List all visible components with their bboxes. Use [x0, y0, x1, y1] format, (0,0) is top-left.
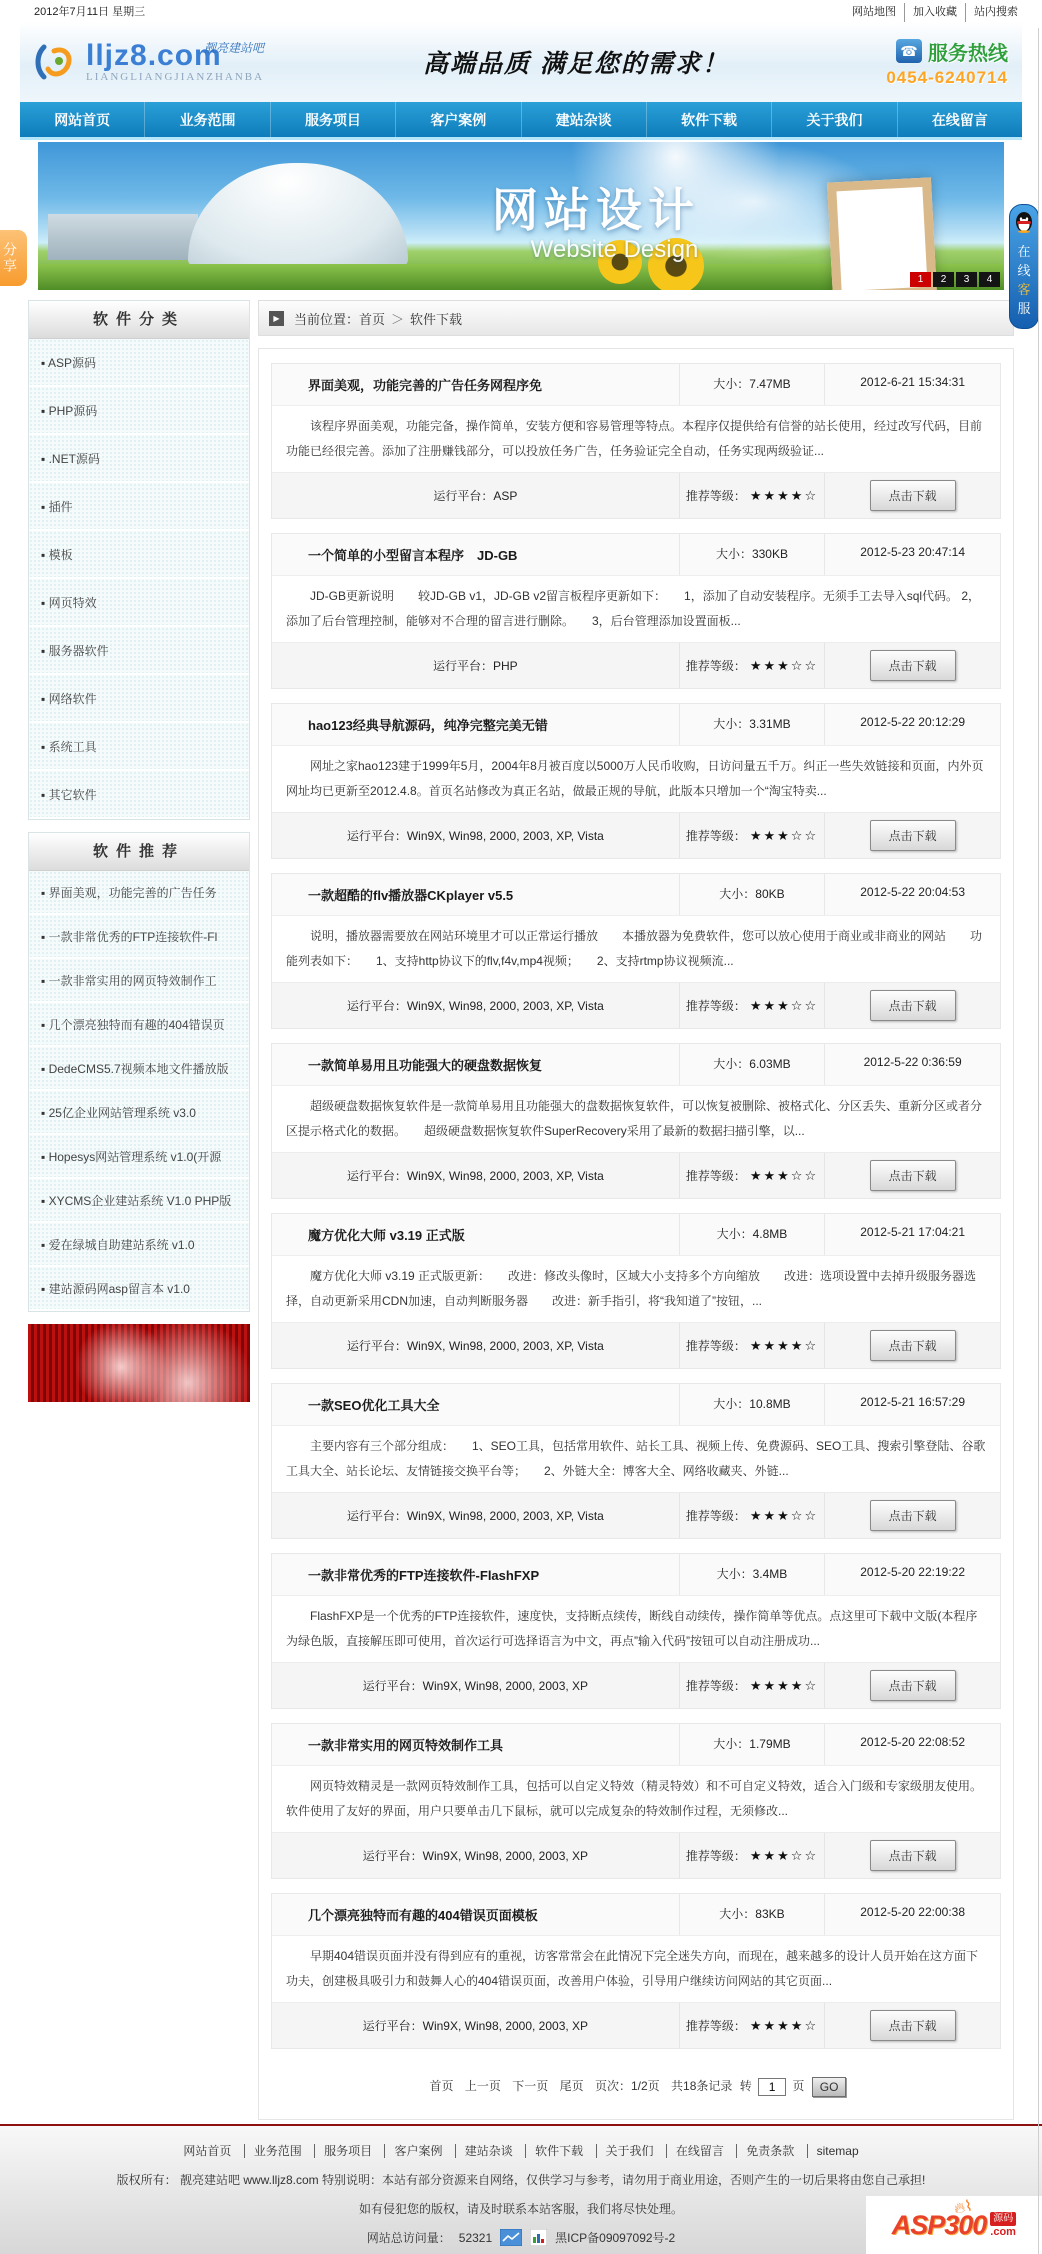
- sidebar-category-item[interactable]: 网页特效: [29, 579, 249, 627]
- software-size: 大小：3.4MB: [680, 1554, 826, 1595]
- platform-value: Win9X, Win98, 2000, 2003, XP, Vista: [407, 1169, 604, 1183]
- content-column: ▶ 当前位置： 首页 ＞ 软件下载 界面美观，功能完善的广告任务网程序免 大小：…: [258, 300, 1014, 2120]
- software-date: 2012-5-22 20:04:53: [825, 874, 1000, 915]
- pagination-total: 共18条记录: [671, 2079, 732, 2093]
- topbar-link[interactable]: 加入收藏: [904, 3, 965, 22]
- nav-item[interactable]: 网站首页: [20, 102, 145, 137]
- size-label: 大小：: [717, 1227, 753, 1241]
- software-date: 2012-5-22 0:36:59: [825, 1044, 1000, 1085]
- visits-label: 网站总访问量：: [367, 2229, 451, 2246]
- size-label: 大小：: [713, 377, 749, 391]
- hero-banner: 网站设计 Website Design 1 2 3 4: [38, 142, 1004, 290]
- software-platform: 运行平台：Win9X, Win98, 2000, 2003, XP, Vista: [272, 983, 680, 1028]
- banner-buildings: [48, 214, 198, 260]
- visits-count: 52321: [459, 2231, 492, 2245]
- download-button[interactable]: 点击下载: [870, 650, 956, 681]
- platform-value: Win9X, Win98, 2000, 2003, XP, Vista: [407, 999, 604, 1013]
- rating-stars: ★★★★☆: [750, 1678, 818, 1694]
- software-rating: 推荐等级：★★★☆☆: [680, 1833, 826, 1878]
- download-button[interactable]: 点击下载: [870, 2010, 956, 2041]
- software-platform: 运行平台：Win9X, Win98, 2000, 2003, XP, Vista: [272, 1323, 680, 1368]
- software-platform: 运行平台：Win9X, Win98, 2000, 2003, XP, Vista: [272, 1153, 680, 1198]
- software-title[interactable]: 几个漂亮独特而有趣的404错误页面模板: [272, 1894, 680, 1935]
- software-list: 界面美观，功能完善的广告任务网程序免 大小：7.47MB 2012-6-21 1…: [258, 348, 1014, 2120]
- size-value: 10.8MB: [749, 1397, 790, 1411]
- breadcrumb-home-link[interactable]: 首页: [359, 309, 385, 328]
- size-value: 80KB: [755, 887, 784, 901]
- rating-label: 推荐等级：: [686, 657, 746, 674]
- footer-link[interactable]: 网站首页: [174, 2144, 240, 2158]
- sidebar-ad-banner[interactable]: [28, 1324, 250, 1402]
- nav-item[interactable]: 关于我们: [772, 102, 897, 137]
- qq-penguin-icon: [1014, 211, 1034, 233]
- pagination-first[interactable]: 首页: [430, 2079, 454, 2093]
- topbar-link[interactable]: 网站地图: [844, 3, 904, 22]
- software-title[interactable]: 一个简单的小型留言本程序 JD-GB: [272, 534, 680, 575]
- software-platform: 运行平台：Win9X, Win98, 2000, 2003, XP, Vista: [272, 813, 680, 858]
- platform-value: ASP: [493, 489, 517, 503]
- platform-label: 运行平台：: [363, 1677, 423, 1694]
- size-value: 3.31MB: [749, 717, 790, 731]
- platform-label: 运行平台：: [347, 997, 407, 1014]
- recommend-box-title: 软件推荐: [29, 833, 249, 871]
- pagination-go-button[interactable]: GO: [812, 2077, 847, 2097]
- footer-links: 网站首页 业务范围 服务项目 客户案例 建站杂谈 软件下载 关于我们 在线留言 …: [0, 2142, 1042, 2159]
- software-platform: 运行平台：Win9X, Win98, 2000, 2003, XP: [272, 2003, 680, 2048]
- page-right-edge: [1038, 28, 1039, 2254]
- sidebar-category-item[interactable]: 其它软件: [29, 771, 249, 819]
- size-label: 大小：: [717, 1567, 753, 1581]
- software-description: 早期404错误页面并没有得到应有的重视，访客常常会在此情况下完全迷失方向，而现在…: [272, 1936, 1000, 2002]
- software-rating: 推荐等级：★★★☆☆: [680, 643, 826, 688]
- software-recommend-box: 软件推荐 界面美观，功能完善的广告任务 一款非常优秀的FTP连接软件-Fl 一款…: [28, 832, 250, 1312]
- software-description: JD-GB更新说明 较JD-GB v1，JD-GB v2留言板程序更新如下： 1…: [272, 576, 1000, 642]
- sidebar-category-item[interactable]: 模板: [29, 531, 249, 579]
- asp300-logo-com: .com: [990, 2226, 1016, 2238]
- platform-value: Win9X, Win98, 2000, 2003, XP, Vista: [407, 1339, 604, 1353]
- download-button[interactable]: 点击下载: [870, 990, 956, 1021]
- software-title[interactable]: 一款非常实用的网页特效制作工具: [272, 1724, 680, 1765]
- rating-label: 推荐等级：: [686, 1167, 746, 1184]
- software-title[interactable]: 一款超酷的flv播放器CKplayer v5.5: [272, 874, 680, 915]
- software-title[interactable]: 界面美观，功能完善的广告任务网程序免: [272, 364, 680, 405]
- rating-label: 推荐等级：: [686, 1337, 746, 1354]
- rating-stars: ★★★★☆: [750, 488, 818, 504]
- sidebar-category-item[interactable]: ASP源码: [29, 339, 249, 387]
- software-size: 大小：330KB: [680, 534, 826, 575]
- logo-tagline: 靓亮建站吧: [204, 39, 264, 56]
- software-rating: 推荐等级：★★★★☆: [680, 1663, 826, 1708]
- pagination-next[interactable]: 下一页: [512, 2079, 548, 2093]
- banner-page-dot[interactable]: 4: [979, 272, 1000, 287]
- software-rating: 推荐等级：★★★★☆: [680, 473, 826, 518]
- topbar: 2012年7月11日 星期三 网站地图 加入收藏 站内搜索: [0, 0, 1042, 22]
- stats-chart-icon[interactable]: [500, 2229, 522, 2246]
- pagination-goto-input[interactable]: [758, 2078, 786, 2096]
- software-platform: 运行平台：ASP: [272, 473, 680, 518]
- icp-number[interactable]: 黑ICP备09097092号-2: [555, 2229, 675, 2246]
- software-title[interactable]: hao123经典导航源码，纯净完整完美无错: [272, 704, 680, 745]
- platform-label: 运行平台：: [347, 1337, 407, 1354]
- platform-label: 运行平台：: [347, 827, 407, 844]
- sidebar-category-item[interactable]: 服务器软件: [29, 627, 249, 675]
- banner-page-dot[interactable]: 1: [910, 272, 931, 287]
- rating-label: 推荐等级：: [686, 1507, 746, 1524]
- pagination-page-unit: 页: [792, 2079, 804, 2093]
- size-label: 大小：: [719, 1907, 755, 1921]
- online-service-label: 在线客服: [1010, 242, 1038, 318]
- banner-page-dot[interactable]: 2: [933, 272, 954, 287]
- size-value: 7.47MB: [749, 377, 790, 391]
- footer-link[interactable]: 业务范围: [244, 2144, 311, 2158]
- software-item: 几个漂亮独特而有趣的404错误页面模板 大小：83KB 2012-5-20 22…: [271, 1893, 1001, 2049]
- online-service-tab[interactable]: 在线客服: [1009, 204, 1039, 329]
- topbar-link[interactable]: 站内搜索: [965, 3, 1026, 22]
- sidebar-recommend-item[interactable]: 建站源码网asp留言本 v1.0: [29, 1267, 249, 1311]
- category-box-title: 软件分类: [29, 301, 249, 339]
- rating-label: 推荐等级：: [686, 1847, 746, 1864]
- topbar-links: 网站地图 加入收藏 站内搜索: [844, 3, 1026, 22]
- size-value: 330KB: [752, 547, 788, 561]
- sidebar-category-item[interactable]: 插件: [29, 483, 249, 531]
- software-item: 一款简单易用且功能强大的硬盘数据恢复 大小：6.03MB 2012-5-22 0…: [271, 1043, 1001, 1199]
- hotline-label: 服务热线: [928, 37, 1008, 66]
- software-date: 2012-5-21 16:57:29: [825, 1384, 1000, 1425]
- sidebar-category-item[interactable]: 系统工具: [29, 723, 249, 771]
- software-description: FlashFXP是一个优秀的FTP连接软件，速度快，支持断点续传，断线自动续传，…: [272, 1596, 1000, 1662]
- rating-stars: ★★★★☆: [750, 2018, 818, 2034]
- platform-label: 运行平台：: [363, 2017, 423, 2034]
- software-title[interactable]: 一款非常优秀的FTP连接软件-FlashFXP: [272, 1554, 680, 1595]
- software-rating: 推荐等级：★★★☆☆: [680, 1493, 826, 1538]
- banner-title: 网站设计: [492, 174, 700, 240]
- platform-label: 运行平台：: [347, 1167, 407, 1184]
- footer-link[interactable]: sitemap: [807, 2144, 868, 2158]
- sidebar-recommend-item[interactable]: Hopesys网站管理系统 v1.0(开源: [29, 1135, 249, 1179]
- platform-value: PHP: [493, 659, 518, 673]
- software-rating: 推荐等级：★★★☆☆: [680, 983, 826, 1028]
- breadcrumb-arrow-icon: ▶: [269, 311, 284, 326]
- nav-item[interactable]: 软件下载: [647, 102, 772, 137]
- platform-label: 运行平台：: [347, 1507, 407, 1524]
- pagination-prev[interactable]: 上一页: [465, 2079, 501, 2093]
- flame-icon: 🔥︎⌇: [952, 2196, 974, 2217]
- sidebar-recommend-item[interactable]: 25亿企业网站管理系统 v3.0: [29, 1091, 249, 1135]
- rating-label: 推荐等级：: [686, 487, 746, 504]
- banner-dome-building: [188, 163, 408, 268]
- nav-item[interactable]: 建站杂谈: [522, 102, 647, 137]
- size-value: 3.4MB: [753, 1567, 788, 1581]
- software-date: 2012-5-20 22:00:38: [825, 1894, 1000, 1935]
- sidebar-recommend-item[interactable]: 一款非常实用的网页特效制作工: [29, 959, 249, 1003]
- breadcrumb-current: 软件下载: [410, 309, 462, 328]
- sidebar-recommend-item[interactable]: DedeCMS5.7视频本地文件播放版: [29, 1047, 249, 1091]
- software-rating: 推荐等级：★★★★☆: [680, 2003, 826, 2048]
- software-item: 一款非常优秀的FTP连接软件-FlashFXP 大小：3.4MB 2012-5-…: [271, 1553, 1001, 1709]
- footer-link[interactable]: 建站杂谈: [455, 2144, 522, 2158]
- nav-item[interactable]: 服务项目: [271, 102, 396, 137]
- rating-stars: ★★★☆☆: [750, 998, 818, 1014]
- software-platform: 运行平台：Win9X, Win98, 2000, 2003, XP, Vista: [272, 1493, 680, 1538]
- footer-link[interactable]: 关于我们: [596, 2144, 663, 2158]
- platform-label: 运行平台：: [433, 487, 493, 504]
- download-button[interactable]: 点击下载: [870, 1670, 956, 1701]
- software-rating: 推荐等级：★★★★☆: [680, 1323, 826, 1368]
- software-category-box: 软件分类 ASP源码 PHP源码 .NET源码 插件 模板 网页特效 服务器软件…: [28, 300, 250, 820]
- download-button[interactable]: 点击下载: [870, 1160, 956, 1191]
- software-date: 2012-5-22 20:12:29: [825, 704, 1000, 745]
- banner-pager: 1 2 3 4: [910, 272, 1000, 287]
- software-item: 魔方优化大师 v3.19 正式版 大小：4.8MB 2012-5-21 17:0…: [271, 1213, 1001, 1369]
- platform-value: Win9X, Win98, 2000, 2003, XP: [423, 2019, 588, 2033]
- asp300-logo[interactable]: 🔥︎⌇ ASP300 源码 .com: [866, 2196, 1042, 2254]
- banner-subtitle: Website Design: [531, 236, 699, 264]
- pagination-goto-label: 转: [740, 2079, 752, 2093]
- rating-stars: ★★★☆☆: [750, 658, 818, 674]
- site-logo[interactable]: lljz8.com 靓亮建站吧 LIANGLIANGJIANZHANBA: [34, 39, 364, 85]
- site-header: lljz8.com 靓亮建站吧 LIANGLIANGJIANZHANBA 高端品…: [20, 22, 1022, 102]
- download-button[interactable]: 点击下载: [870, 820, 956, 851]
- software-title[interactable]: 一款SEO优化工具大全: [272, 1384, 680, 1425]
- software-item: 一款SEO优化工具大全 大小：10.8MB 2012-5-21 16:57:29…: [271, 1383, 1001, 1539]
- sidebar-category-item[interactable]: .NET源码: [29, 435, 249, 483]
- pagination-page-info: 页次：1/2页: [595, 2079, 660, 2093]
- footer-link[interactable]: 免责条款: [736, 2144, 803, 2158]
- software-description: 网址之家hao123建于1999年5月，2004年8月被百度以5000万人民币收…: [272, 746, 1000, 812]
- rating-stars: ★★★★☆: [750, 1338, 818, 1354]
- software-size: 大小：80KB: [680, 874, 826, 915]
- software-size: 大小：3.31MB: [680, 704, 826, 745]
- software-item: 界面美观，功能完善的广告任务网程序免 大小：7.47MB 2012-6-21 1…: [271, 363, 1001, 519]
- sidebar-recommend-item[interactable]: 一款非常优秀的FTP连接软件-Fl: [29, 915, 249, 959]
- software-size: 大小：6.03MB: [680, 1044, 826, 1085]
- breadcrumb-separator: ＞: [391, 309, 404, 328]
- sidebar-category-item[interactable]: PHP源码: [29, 387, 249, 435]
- sidebar: 软件分类 ASP源码 PHP源码 .NET源码 插件 模板 网页特效 服务器软件…: [28, 300, 250, 2120]
- software-description: 说明，播放器需要放在网站环境里才可以正常运行播放 本播放器为免费软件，您可以放心…: [272, 916, 1000, 982]
- hotline-number: 0454-6240714: [788, 68, 1008, 88]
- rating-stars: ★★★☆☆: [750, 828, 818, 844]
- software-title[interactable]: 一款简单易用且功能强大的硬盘数据恢复: [272, 1044, 680, 1085]
- share-tab[interactable]: 分享: [0, 230, 27, 286]
- size-label: 大小：: [713, 1397, 749, 1411]
- software-size: 大小：7.47MB: [680, 364, 826, 405]
- software-platform: 运行平台：PHP: [272, 643, 680, 688]
- nav-item[interactable]: 客户案例: [396, 102, 521, 137]
- footer-link[interactable]: 软件下载: [525, 2144, 592, 2158]
- download-button[interactable]: 点击下载: [870, 1500, 956, 1531]
- phone-icon: ☎: [896, 39, 922, 63]
- software-date: 2012-5-20 22:08:52: [825, 1724, 1000, 1765]
- software-description: 超级硬盘数据恢复软件是一款简单易用且功能强大的盘数据恢复软件，可以恢复被删除、被…: [272, 1086, 1000, 1152]
- software-platform: 运行平台：Win9X, Win98, 2000, 2003, XP: [272, 1663, 680, 1708]
- software-size: 大小：10.8MB: [680, 1384, 826, 1425]
- platform-value: Win9X, Win98, 2000, 2003, XP: [423, 1679, 588, 1693]
- footer-link[interactable]: 客户案例: [384, 2144, 451, 2158]
- rating-stars: ★★★☆☆: [750, 1508, 818, 1524]
- download-button[interactable]: 点击下载: [870, 1330, 956, 1361]
- software-platform: 运行平台：Win9X, Win98, 2000, 2003, XP: [272, 1833, 680, 1878]
- software-size: 大小：1.79MB: [680, 1724, 826, 1765]
- sidebar-recommend-item[interactable]: 几个漂亮独特而有趣的404错误页: [29, 1003, 249, 1047]
- software-description: 该程序界面美观，功能完备，操作简单，安装方便和容易管理等特点。本程序仅提供给有信…: [272, 406, 1000, 472]
- software-item: 一个简单的小型留言本程序 JD-GB 大小：330KB 2012-5-23 20…: [271, 533, 1001, 689]
- software-date: 2012-6-21 15:34:31: [825, 364, 1000, 405]
- footer-copyright: 版权所有： 靓亮建站吧 www.lljz8.com 特别说明：本站有部分资源来自…: [0, 2171, 1042, 2188]
- platform-value: Win9X, Win98, 2000, 2003, XP: [423, 1849, 588, 1863]
- nav-item[interactable]: 在线留言: [898, 102, 1022, 137]
- footer-link[interactable]: 服务项目: [314, 2144, 381, 2158]
- breadcrumb: ▶ 当前位置： 首页 ＞ 软件下载: [258, 300, 1014, 336]
- sidebar-category-item[interactable]: 网络软件: [29, 675, 249, 723]
- size-label: 大小：: [719, 887, 755, 901]
- software-description: 魔方优化大师 v3.19 正式版更新： 改进：修改头像时，区域大小支持多个方向缩…: [272, 1256, 1000, 1322]
- software-rating: 推荐等级：★★★☆☆: [680, 813, 826, 858]
- sidebar-recommend-item[interactable]: XYCMS企业建站系统 V1.0 PHP版: [29, 1179, 249, 1223]
- software-description: 网页特效精灵是一款网页特效制作工具，包括可以自定义特效（精灵特效）和不可自定义特…: [272, 1766, 1000, 1832]
- size-label: 大小：: [713, 1057, 749, 1071]
- software-item: hao123经典导航源码，纯净完整完美无错 大小：3.31MB 2012-5-2…: [271, 703, 1001, 859]
- size-value: 6.03MB: [749, 1057, 790, 1071]
- software-date: 2012-5-23 20:47:14: [825, 534, 1000, 575]
- pagination: 首页 上一页 下一页 尾页 页次：1/2页 共18条记录 转 页 GO: [271, 2063, 1001, 2119]
- software-date: 2012-5-21 17:04:21: [825, 1214, 1000, 1255]
- size-label: 大小：: [713, 1737, 749, 1751]
- pagination-last[interactable]: 尾页: [560, 2079, 584, 2093]
- software-title[interactable]: 魔方优化大师 v3.19 正式版: [272, 1214, 680, 1255]
- header-slogan: 高端品质 满足您的需求！: [364, 44, 788, 80]
- service-hotline: ☎ 服务热线 0454-6240714: [788, 37, 1008, 88]
- date-text: 2012年7月11日 星期三: [34, 3, 145, 22]
- platform-label: 运行平台：: [433, 657, 493, 674]
- platform-value: Win9X, Win98, 2000, 2003, XP, Vista: [407, 1509, 604, 1523]
- banner-page-dot[interactable]: 3: [956, 272, 977, 287]
- software-size: 大小：4.8MB: [680, 1214, 826, 1255]
- asp300-logo-tag: 源码: [990, 2212, 1016, 2226]
- rating-label: 推荐等级：: [686, 2017, 746, 2034]
- size-label: 大小：: [716, 547, 752, 561]
- size-value: 4.8MB: [753, 1227, 788, 1241]
- platform-value: Win9X, Win98, 2000, 2003, XP, Vista: [407, 829, 604, 843]
- sidebar-recommend-item[interactable]: 爱在绿城自助建站系统 v1.0: [29, 1223, 249, 1267]
- logo-subtext: LIANGLIANGJIANZHANBA: [86, 71, 264, 83]
- logo-swirl-icon: [34, 39, 80, 85]
- download-button[interactable]: 点击下载: [870, 480, 956, 511]
- size-value: 83KB: [755, 1907, 784, 1921]
- software-description: 主要内容有三个部分组成： 1、SEO工具，包括常用软件、站长工具、视频上传、免费…: [272, 1426, 1000, 1492]
- sidebar-recommend-item[interactable]: 界面美观，功能完善的广告任务: [29, 871, 249, 915]
- site-footer: 网站首页 业务范围 服务项目 客户案例 建站杂谈 软件下载 关于我们 在线留言 …: [0, 2126, 1042, 2254]
- download-button[interactable]: 点击下载: [870, 1840, 956, 1871]
- software-size: 大小：83KB: [680, 1894, 826, 1935]
- rating-stars: ★★★☆☆: [750, 1848, 818, 1864]
- platform-label: 运行平台：: [363, 1847, 423, 1864]
- size-label: 大小：: [713, 717, 749, 731]
- rating-stars: ★★★☆☆: [750, 1168, 818, 1184]
- software-item: 一款非常实用的网页特效制作工具 大小：1.79MB 2012-5-20 22:0…: [271, 1723, 1001, 1879]
- rating-label: 推荐等级：: [686, 827, 746, 844]
- footer-link[interactable]: 在线留言: [666, 2144, 733, 2158]
- software-rating: 推荐等级：★★★☆☆: [680, 1153, 826, 1198]
- rating-label: 推荐等级：: [686, 1677, 746, 1694]
- main-nav: 网站首页 业务范围 服务项目 客户案例 建站杂谈 软件下载 关于我们 在线留言: [20, 102, 1022, 140]
- breadcrumb-label: 当前位置：: [294, 309, 359, 328]
- size-value: 1.79MB: [749, 1737, 790, 1751]
- cnzz-counter-icon[interactable]: [530, 2229, 547, 2246]
- rating-label: 推荐等级：: [686, 997, 746, 1014]
- software-date: 2012-5-20 22:19:22: [825, 1554, 1000, 1595]
- software-item: 一款超酷的flv播放器CKplayer v5.5 大小：80KB 2012-5-…: [271, 873, 1001, 1029]
- nav-item[interactable]: 业务范围: [145, 102, 270, 137]
